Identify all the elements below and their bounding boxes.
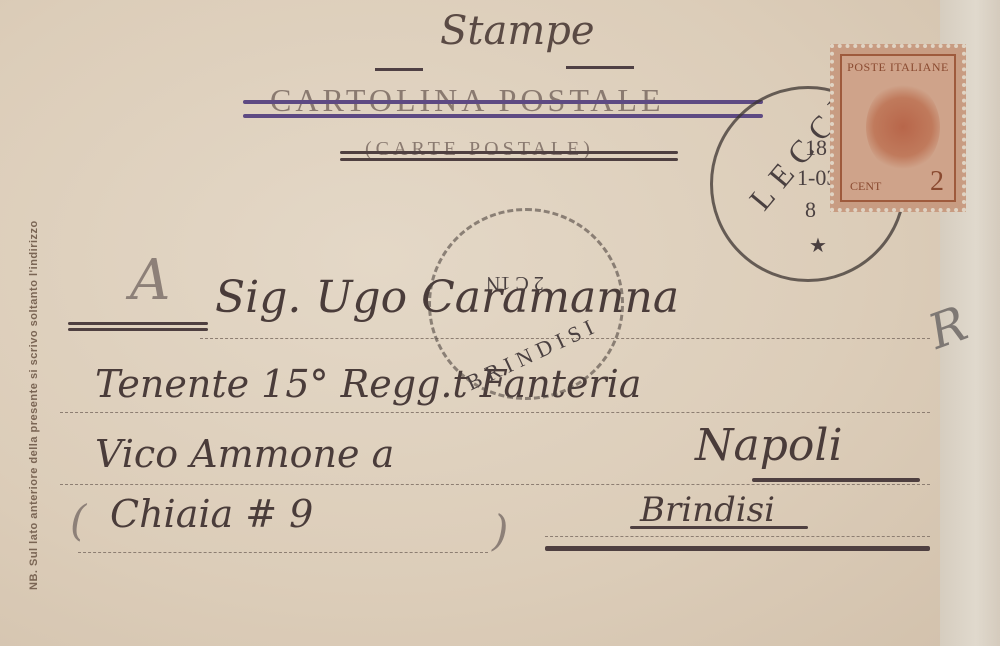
address-rule-2 xyxy=(60,412,930,413)
city-crossed: Brindisi xyxy=(640,490,775,530)
city-handwritten: Napoli xyxy=(695,420,843,471)
city-underline xyxy=(752,478,920,482)
handwritten-header: Stampe xyxy=(440,8,595,54)
salutation-strike-1 xyxy=(68,322,208,325)
eagle-icon xyxy=(866,82,940,172)
postmark-lecce-date-1: 18 xyxy=(805,135,827,161)
postmark-lecce-date-3: 8 xyxy=(805,197,816,223)
stamp-denomination-label: CENT xyxy=(850,179,881,194)
stamp-top-text: POSTE ITALIANE xyxy=(846,60,950,75)
header-dash-right xyxy=(566,66,634,69)
address-rule-3 xyxy=(60,484,930,485)
stamp-frame: POSTE ITALIANE CENT 2 xyxy=(840,54,956,202)
title-strike-1 xyxy=(243,100,763,104)
side-note-text: NB. Sul lato anteriore della presente si… xyxy=(28,220,40,590)
city-crossed-strike xyxy=(630,526,808,529)
postage-stamp: POSTE ITALIANE CENT 2 xyxy=(830,44,966,212)
header-dash-left xyxy=(375,68,423,71)
stamp-value: 2 xyxy=(930,166,944,198)
address-line-3: Vico Ammone a xyxy=(95,432,394,476)
subtitle-strike-2 xyxy=(340,158,678,161)
address-rule-4 xyxy=(78,552,488,553)
salutation-printed: A xyxy=(130,248,170,313)
postmark-brindisi: BRINDISI 2 C 1N xyxy=(428,208,624,400)
subtitle-strike-1 xyxy=(340,151,678,154)
paren-right: ) xyxy=(492,506,508,555)
title-strike-2 xyxy=(243,114,763,118)
postmark-star-icon: ★ xyxy=(809,233,827,258)
address-line-4: Chiaia # 9 xyxy=(110,492,313,536)
postmark-brindisi-date: 2 C 1N xyxy=(486,271,544,294)
city-rule xyxy=(545,536,930,537)
city-bottom-rule xyxy=(545,546,930,551)
salutation-strike-2 xyxy=(68,328,208,331)
paren-left: ( xyxy=(70,496,86,545)
